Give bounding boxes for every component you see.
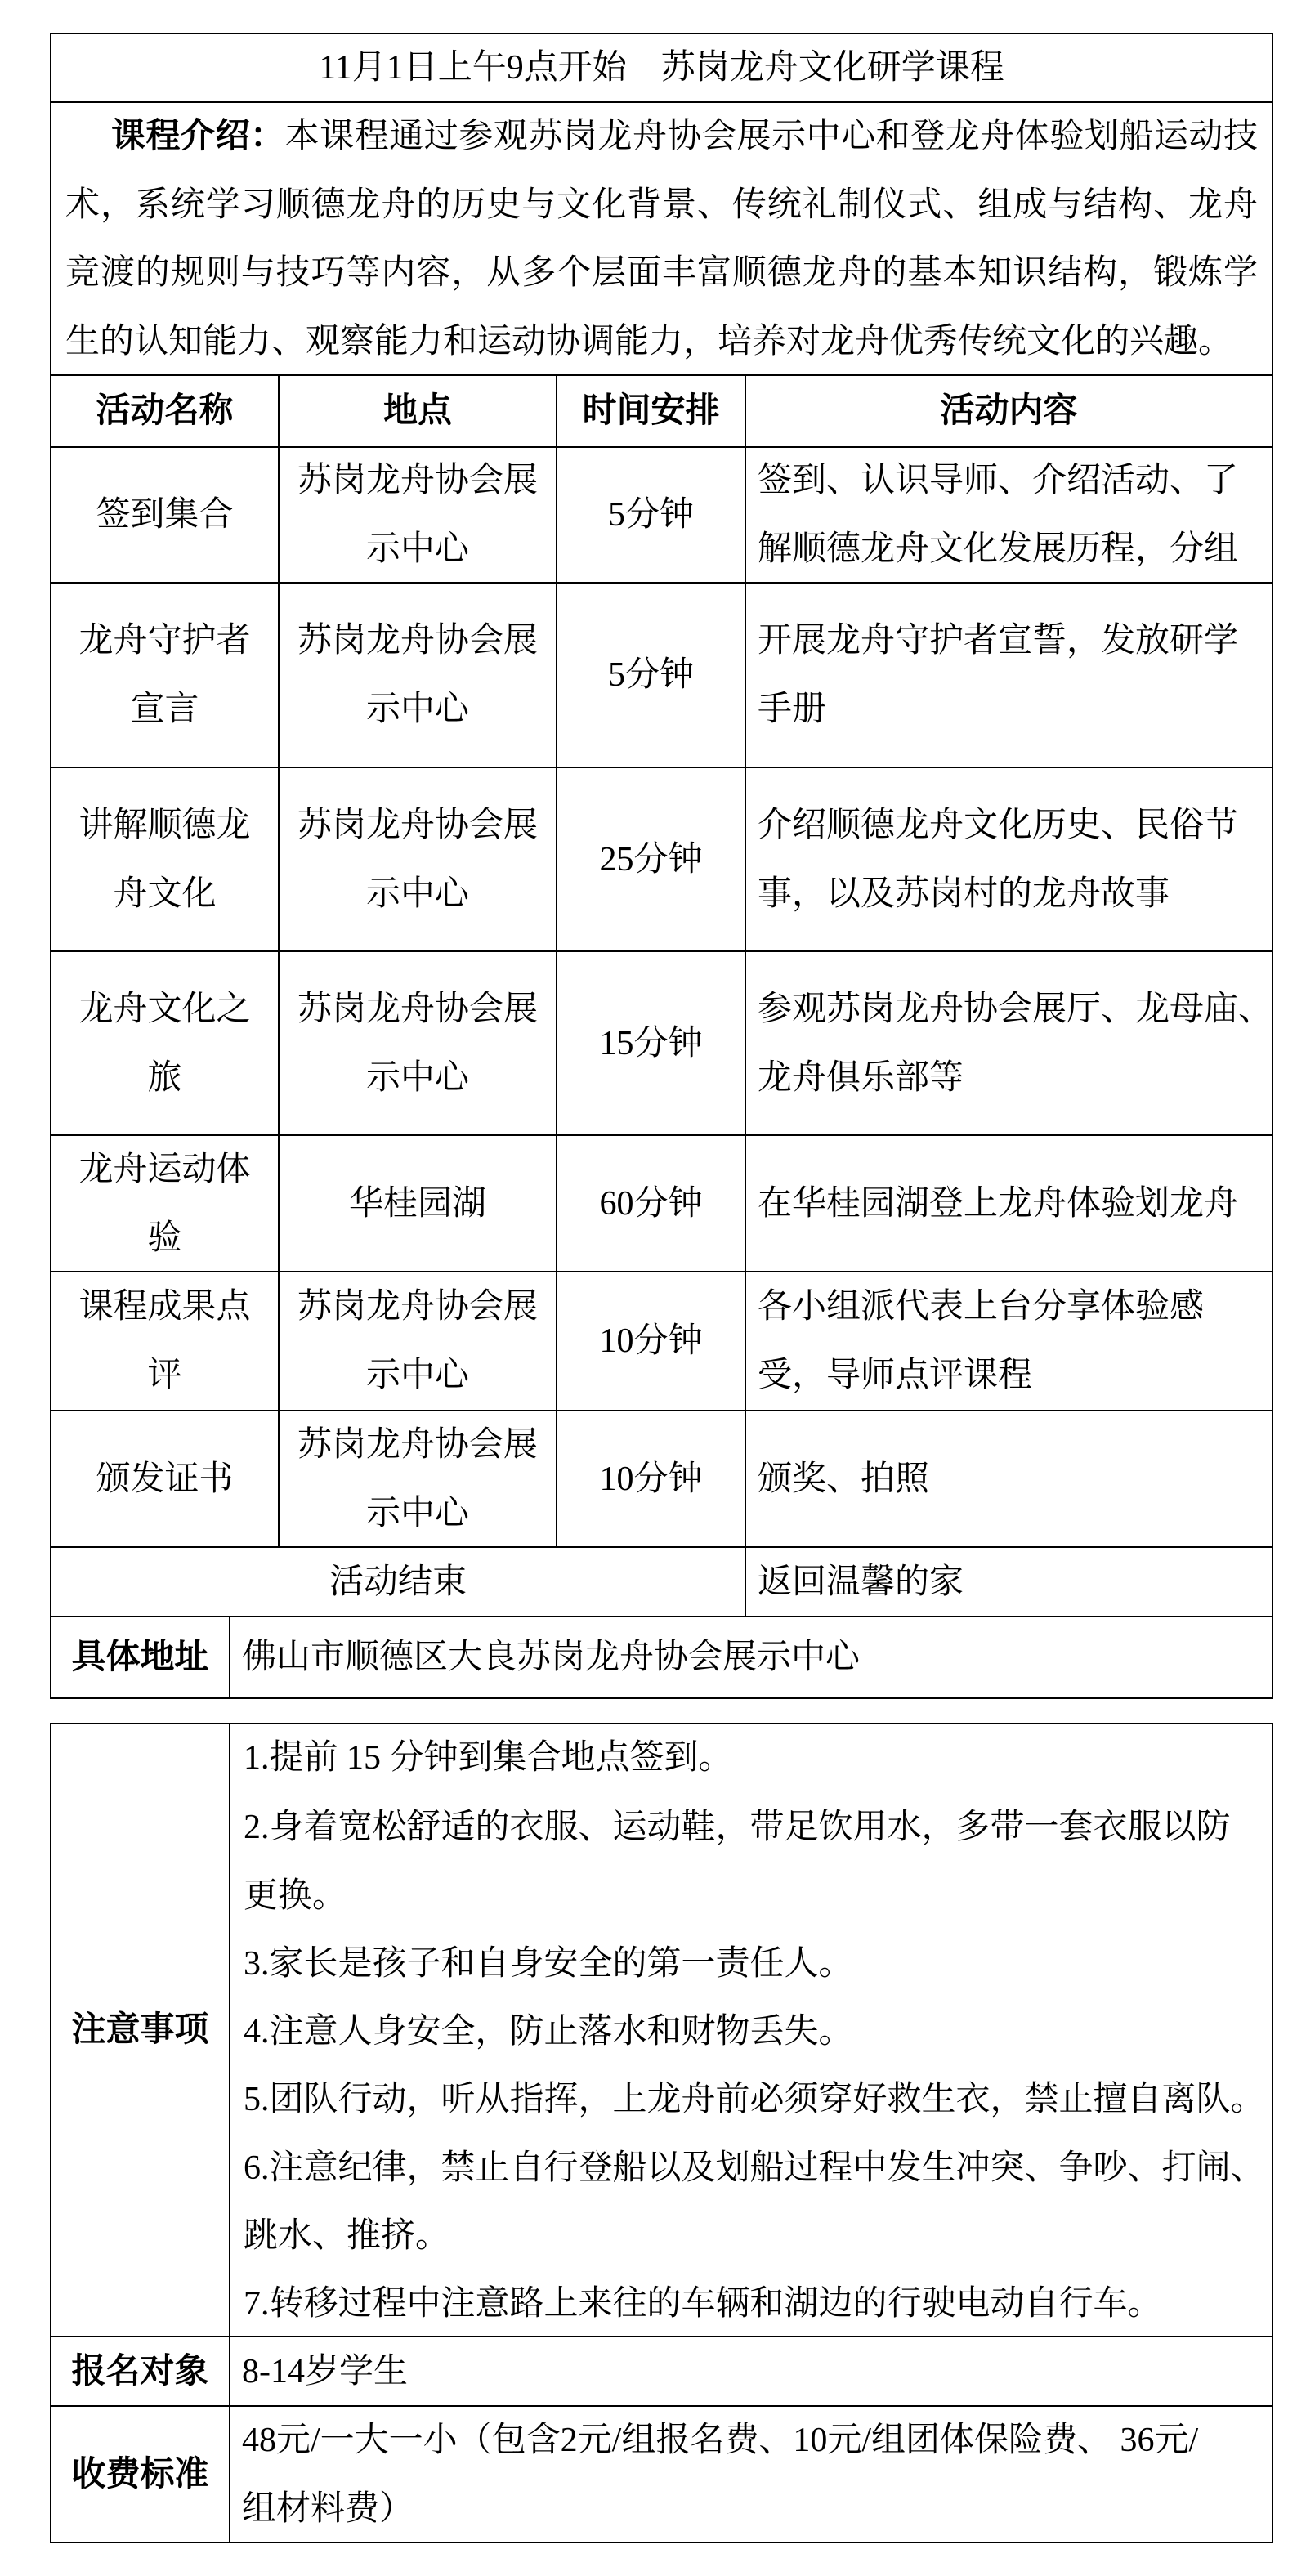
activity-duration-cell: 25分钟 [557, 768, 746, 952]
activity-content: 开展龙舟守护者宣誓，发放研学 手册 [758, 606, 1238, 744]
activity-duration-cell: 10分钟 [557, 1272, 746, 1411]
address-label: 具体地址 [71, 1623, 208, 1692]
activity-name: 课程成果点评 [66, 1272, 263, 1410]
activity-duration: 15分钟 [599, 1009, 702, 1078]
notes-list: 1.提前 15 分钟到集合地点签到。 2.身着宽松舒适的衣服、运动鞋，带足饮用水… [230, 1724, 1273, 2337]
activity-location: 苏岗龙舟协会展示中心 [294, 975, 541, 1112]
activity-location: 苏岗龙舟协会展示中心 [294, 446, 541, 584]
audience-value: 8-14岁学生 [242, 2337, 408, 2406]
fee-value-cell: 48元/一大一小（包含2元/组报名费、10元/组团体保险费、 36元/ 组材料费… [230, 2407, 1273, 2543]
document-title: 11月1日上午9点开始 苏岗龙舟文化研学课程 [319, 34, 1004, 102]
fee-value: 48元/一大一小（包含2元/组报名费、10元/组团体保险费、 36元/ 组材料费… [242, 2406, 1198, 2543]
activity-content: 颁奖、拍照 [758, 1445, 929, 1514]
activity-name-cell: 课程成果点评 [51, 1272, 280, 1411]
activity-name: 讲解顺德龙舟文化 [66, 791, 263, 928]
activity-name-cell: 龙舟文化之旅 [51, 952, 280, 1136]
activity-name: 颁发证书 [96, 1445, 233, 1514]
activity-location: 苏岗龙舟协会展示中心 [294, 791, 541, 928]
activity-name: 签到集合 [96, 481, 233, 549]
activity-location-cell: 苏岗龙舟协会展示中心 [280, 1411, 557, 1548]
activity-end-content: 返回温馨的家 [758, 1548, 964, 1617]
activity-content: 各小组派代表上台分享体验感 受，导师点评课程 [758, 1272, 1204, 1410]
note-item: 7.转移过程中注意路上来往的车辆和湖边的行驶电动自行车。 [244, 2270, 1272, 2338]
audience-label-cell: 报名对象 [51, 2337, 230, 2407]
activity-content-cell: 开展龙舟守护者宣誓，发放研学 手册 [746, 584, 1273, 768]
info-table: 注意事项 1.提前 15 分钟到集合地点签到。 2.身着宽松舒适的衣服、运动鞋，… [50, 1723, 1273, 2543]
activity-location: 苏岗龙舟协会展示中心 [294, 1411, 541, 1548]
fee-label-cell: 收费标准 [51, 2407, 230, 2543]
activity-content-cell: 各小组派代表上台分享体验感 受，导师点评课程 [746, 1272, 1273, 1411]
note-item: 6.注意纪律，禁止自行登船以及划船过程中发生冲突、争吵、打闹、 跳水、推挤。 [244, 2135, 1272, 2271]
address-value-cell: 佛山市顺德区大良苏岗龙舟协会展示中心 [230, 1617, 1273, 1699]
header-label: 活动名称 [96, 377, 233, 445]
address-value: 佛山市顺德区大良苏岗龙舟协会展示中心 [242, 1623, 860, 1692]
activity-content-cell: 介绍顺德龙舟文化历史、民俗节 事，以及苏岗村的龙舟故事 [746, 768, 1273, 952]
activity-location-cell: 苏岗龙舟协会展示中心 [280, 584, 557, 768]
intro-label: 课程介绍： [111, 118, 285, 155]
activity-duration: 5分钟 [608, 481, 694, 549]
activity-location-cell: 华桂园湖 [280, 1136, 557, 1272]
audience-label: 报名对象 [71, 2337, 208, 2406]
activity-duration: 10分钟 [599, 1445, 702, 1514]
activity-duration: 10分钟 [599, 1307, 702, 1375]
activity-location: 苏岗龙舟协会展示中心 [294, 1272, 541, 1410]
activity-content: 签到、认识导师、介绍活动、了 解顺德龙舟文化发展历程，分组 [758, 446, 1238, 584]
activity-content-cell: 颁奖、拍照 [746, 1411, 1273, 1548]
activity-name-cell: 龙舟守护者宣言 [51, 584, 280, 768]
header-duration: 时间安排 [557, 376, 746, 448]
activity-name: 龙舟文化之旅 [66, 975, 263, 1112]
note-item: 2.身着宽松舒适的衣服、运动鞋，带足饮用水，多带一套衣服以防 更换。 [244, 1792, 1272, 1930]
note-item-text: 更换。 [244, 1877, 347, 1915]
activity-name-cell: 颁发证书 [51, 1411, 280, 1548]
activity-duration: 25分钟 [599, 825, 702, 894]
note-item-text: 2.身着宽松舒适的衣服、运动鞋，带足饮用水， [244, 1809, 956, 1846]
activity-content: 参观苏岗龙舟协会展厅、龙母庙、 龙舟俱乐部等 [758, 975, 1272, 1112]
notes-label-cell: 注意事项 [51, 1724, 230, 2337]
activity-location-cell: 苏岗龙舟协会展示中心 [280, 448, 557, 584]
note-item: 5.团队行动，听从指挥，上龙舟前必须穿好救生衣，禁止擅自离队。 [244, 2066, 1272, 2134]
activity-duration: 60分钟 [599, 1169, 702, 1238]
activity-content: 在华桂园湖登上龙舟体验划龙舟 [758, 1169, 1238, 1238]
activity-content-cell: 签到、认识导师、介绍活动、了 解顺德龙舟文化发展历程，分组 [746, 448, 1273, 584]
note-item: 3.家长是孩子和自身安全的第一责任人。 [244, 1930, 1272, 1998]
notes-label: 注意事项 [71, 1996, 208, 2064]
activity-name-cell: 讲解顺德龙舟文化 [51, 768, 280, 952]
activity-duration-cell: 60分钟 [557, 1136, 746, 1272]
activity-location-cell: 苏岗龙舟协会展示中心 [280, 952, 557, 1136]
activity-location: 苏岗龙舟协会展示中心 [294, 606, 541, 744]
header-label: 地点 [383, 377, 452, 445]
activity-name: 龙舟守护者宣言 [66, 606, 263, 744]
note-item: 1.提前 15 分钟到集合地点签到。 [244, 1724, 1272, 1792]
schedule-table: 11月1日上午9点开始 苏岗龙舟文化研学课程 课程介绍：本课程通过参观苏岗龙舟协… [50, 33, 1273, 1699]
activity-content-cell: 参观苏岗龙舟协会展厅、龙母庙、 龙舟俱乐部等 [746, 952, 1273, 1136]
activity-location-cell: 苏岗龙舟协会展示中心 [280, 1272, 557, 1411]
activity-duration-cell: 15分钟 [557, 952, 746, 1136]
note-item: 4.注意人身安全，防止落水和财物丢失。 [244, 1998, 1272, 2066]
activity-location: 华桂园湖 [349, 1169, 486, 1238]
activity-name-cell: 龙舟运动体验 [51, 1136, 280, 1272]
activity-duration-cell: 5分钟 [557, 448, 746, 584]
header-content: 活动内容 [746, 376, 1273, 448]
activity-name-cell: 签到集合 [51, 448, 280, 584]
fee-label: 收费标准 [71, 2440, 208, 2509]
activity-duration-cell: 10分钟 [557, 1411, 746, 1548]
activity-duration-cell: 5分钟 [557, 584, 746, 768]
audience-value-cell: 8-14岁学生 [230, 2337, 1273, 2407]
activity-content: 介绍顺德龙舟文化历史、民俗节 事，以及苏岗村的龙舟故事 [758, 791, 1238, 928]
activity-name: 龙舟运动体验 [66, 1135, 263, 1272]
header-label: 活动内容 [940, 377, 1077, 445]
note-item-text-alt-font: 多带一套衣服以防 [956, 1806, 1231, 1846]
activity-end-cell: 活动结束 [51, 1548, 746, 1617]
intro-cell: 课程介绍：本课程通过参观苏岗龙舟协会展示中心和登龙舟体验划船运动技术，系统学习顺… [51, 103, 1273, 376]
header-label: 时间安排 [582, 377, 719, 445]
activity-duration: 5分钟 [608, 641, 694, 709]
activity-location-cell: 苏岗龙舟协会展示中心 [280, 768, 557, 952]
activity-end-content-cell: 返回温馨的家 [746, 1548, 1273, 1617]
title-cell: 11月1日上午9点开始 苏岗龙舟文化研学课程 [51, 34, 1273, 103]
header-activity-name: 活动名称 [51, 376, 280, 448]
activity-content-cell: 在华桂园湖登上龙舟体验划龙舟 [746, 1136, 1273, 1272]
address-label-cell: 具体地址 [51, 1617, 230, 1699]
header-location: 地点 [280, 376, 557, 448]
activity-end-label: 活动结束 [329, 1548, 467, 1617]
